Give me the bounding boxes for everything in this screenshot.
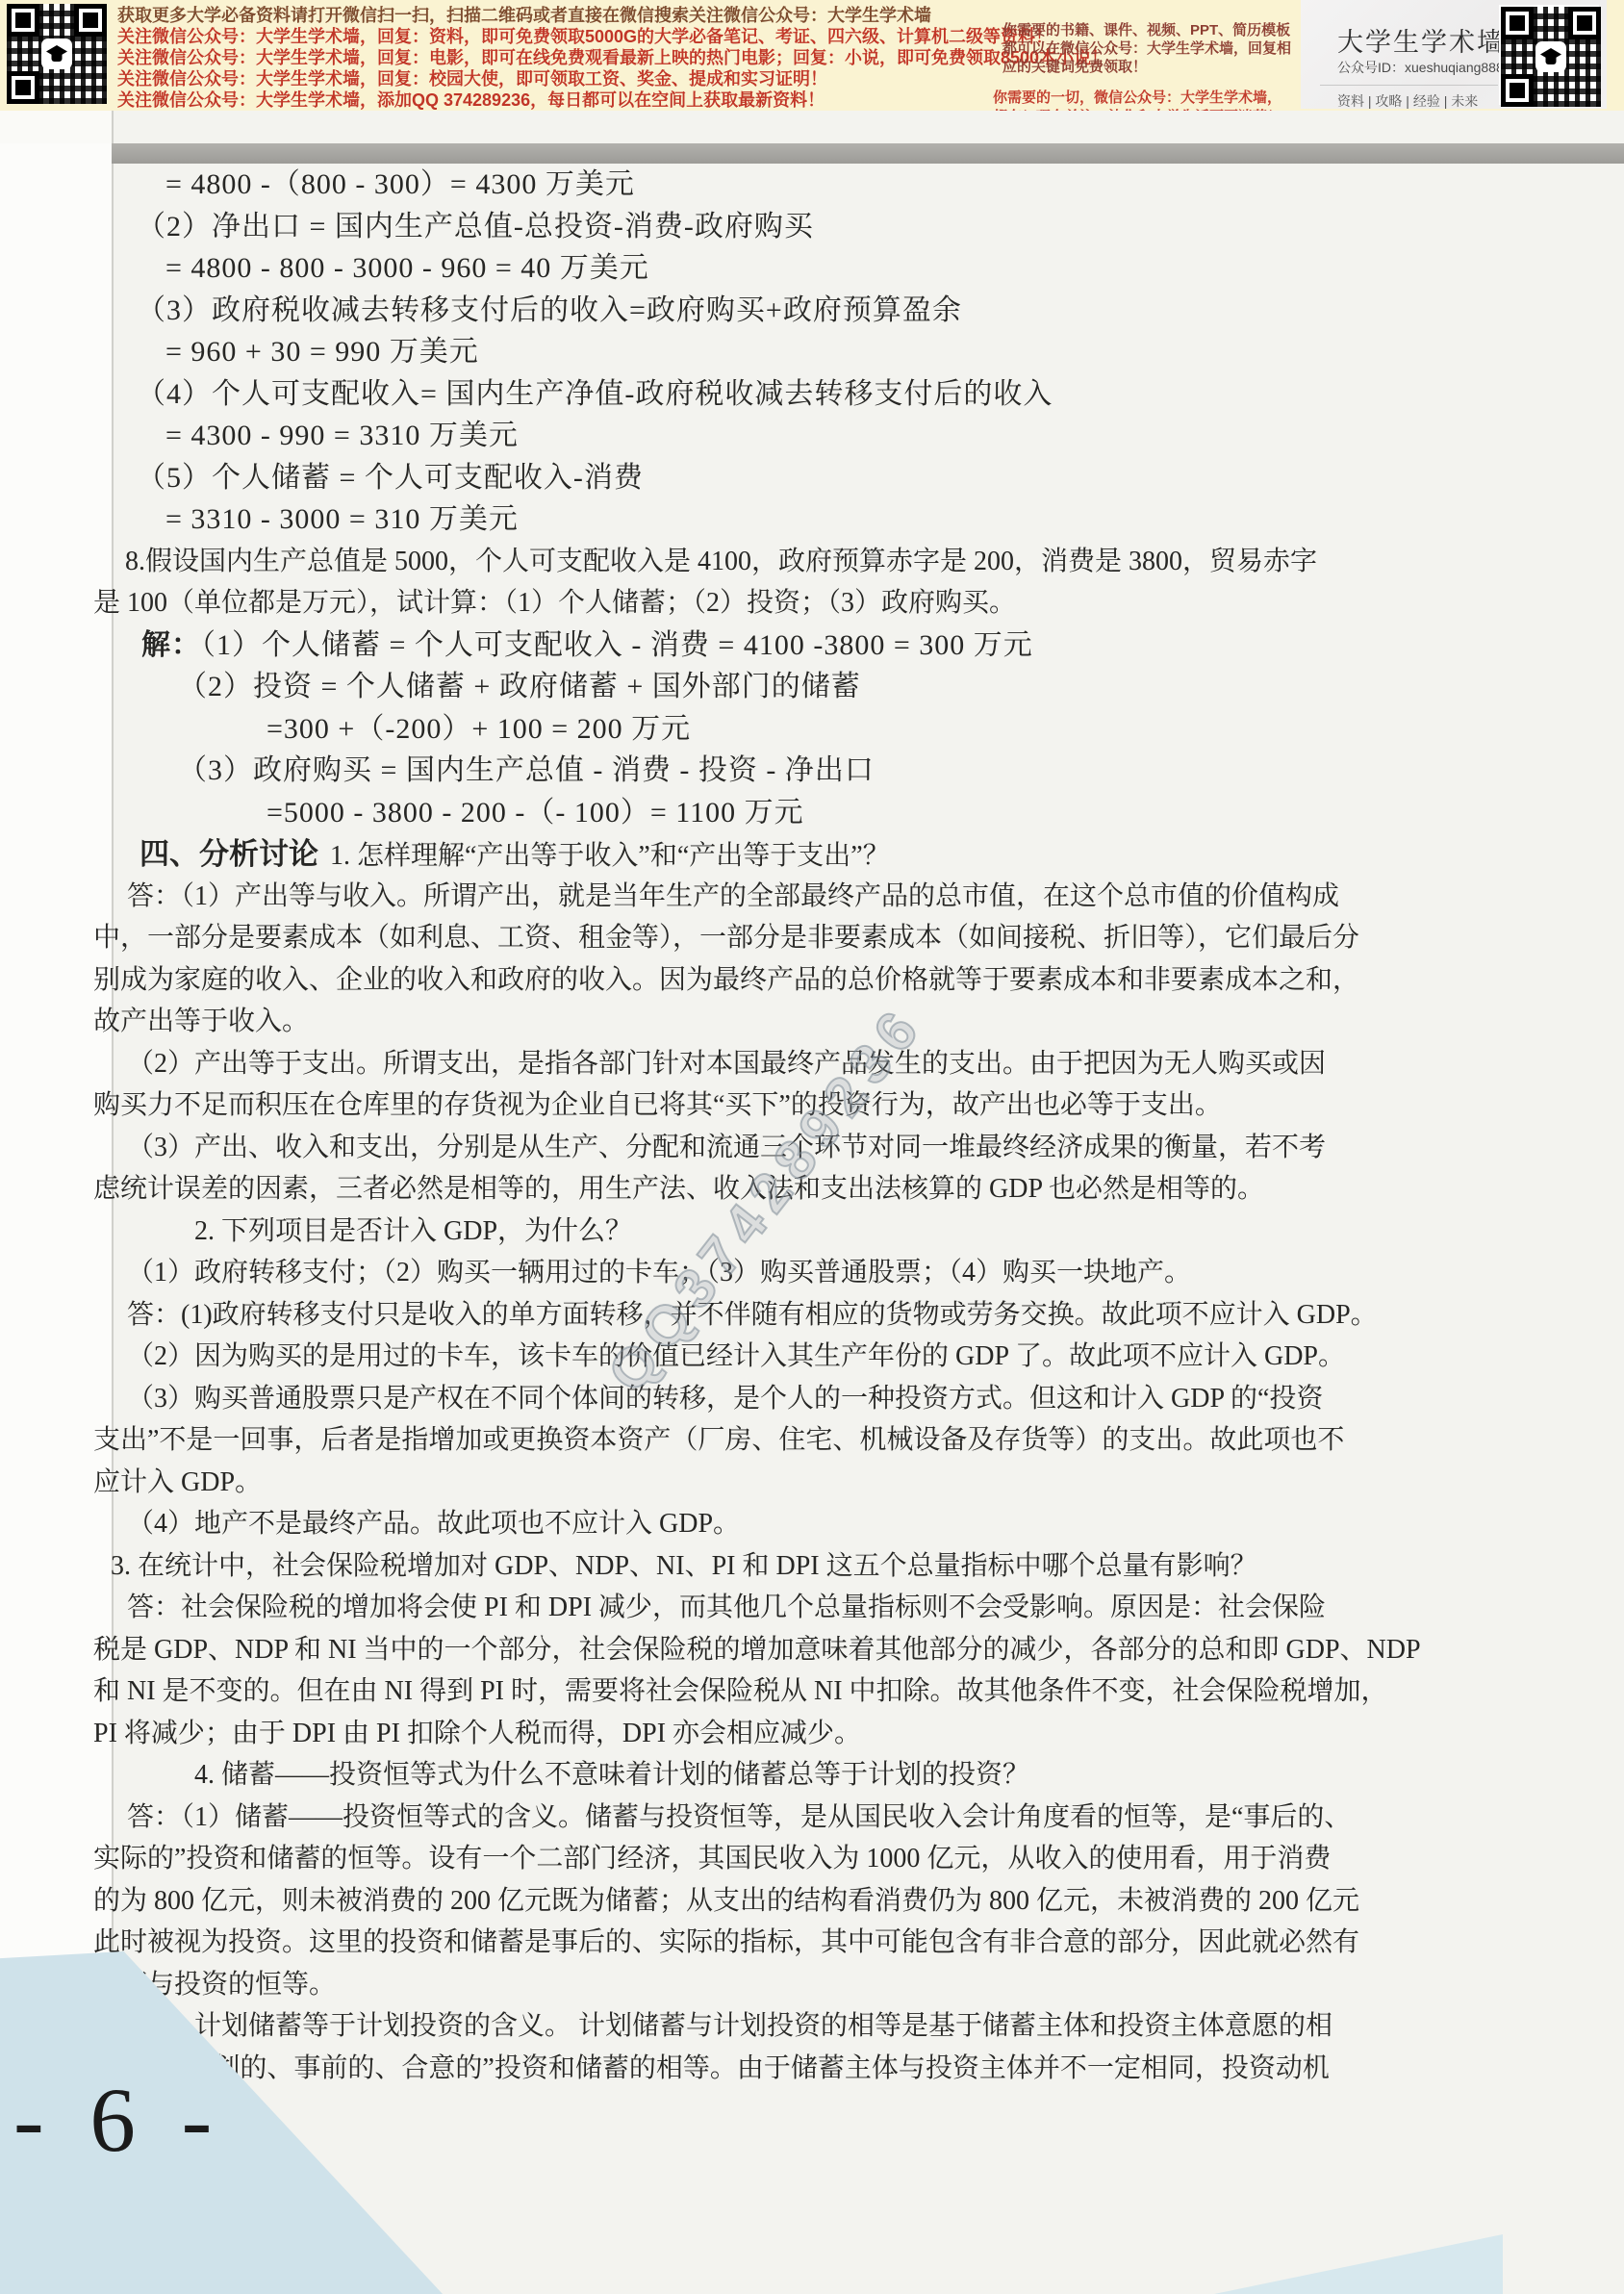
cap-base-icon <box>1546 57 1557 64</box>
qr-pattern <box>1501 7 1601 107</box>
doc-line: 储蓄与投资的恒等。 <box>93 1964 1602 2006</box>
doc-line: 中，一部分是要素成本（如利息、工资、租金等），一部分是非要素成本（如间接税、折旧… <box>93 917 1602 959</box>
cap-base-icon <box>52 54 63 62</box>
section-title: 四、分析讨论 <box>140 837 318 871</box>
banner-line: 关注微信公众号：大学生学术墙，回复：电影，即可在线免费观看最新上映的热门电影；回… <box>117 47 1108 68</box>
wechat-qr-code-right <box>1499 5 1599 105</box>
doc-line: 应计入 GDP。 <box>93 1462 1602 1504</box>
wechat-qr-code-left <box>7 4 107 104</box>
banner-line: 关注微信公众号：大学生学术墙，回复：校园大使，即可领取工资、奖金、提成和实习证明… <box>117 68 1108 89</box>
doc-line: = 4800 - 800 - 3000 - 960 = 40 万美元 <box>93 247 1602 290</box>
doc-line: （2）净出口 = 国内生产总值-总投资-消费-政府购买 <box>93 206 1602 248</box>
doc-line: 解：（1）个人储蓄 = 个人可支配收入 - 消费 = 4100 -3800 = … <box>93 624 1602 667</box>
doc-line: 答：（1）储蓄——投资恒等式的含义。储蓄与投资恒等，是从国民收入会计角度看的恒等… <box>93 1797 1602 1839</box>
doc-line: =5000 - 3800 - 200 -（- 100）= 1100 万元 <box>93 792 1602 834</box>
doc-line: 2. 下列项目是否计入 GDP，为什么？ <box>93 1211 1602 1253</box>
doc-line: 实际的”投资和储蓄的恒等。设有一个二部门经济，其国民收入为 1000 亿元，从收… <box>93 1838 1602 1880</box>
graduation-cap-icon <box>41 38 72 69</box>
doc-line: 等，是“计划的、事前的、合意的”投资和储蓄的相等。由于储蓄主体与投资主体并不一定… <box>93 2048 1602 2090</box>
doc-line: 虑统计误差的因素，三者必然是相等的，用生产法、收入法和支出法核算的 GDP 也必… <box>93 1168 1602 1211</box>
doc-line: = 4800 -（800 - 300）= 4300 万美元 <box>93 164 1602 206</box>
doc-line: 和 NI 是不变的。但在由 NI 得到 PI 时，需要将社会保险税从 NI 中扣… <box>93 1670 1602 1713</box>
public-account-card: 大学生学术墙 公众号ID：xueshuqiang8888 资料 | 攻略 | 经… <box>1301 0 1607 109</box>
doc-section-heading: 四、分析讨论1. 怎样理解“产出等于收入”和“产出等于支出”？ <box>93 833 1602 876</box>
doc-line: （5）个人储蓄 = 个人可支配收入-消费 <box>93 457 1602 499</box>
banner-line: 关注微信公众号：大学生学术墙，回复：资料，即可免费领取5000G的大学必备笔记、… <box>117 26 1108 47</box>
account-title: 大学生学术墙 <box>1337 21 1505 59</box>
doc-line: 8.假设国内生产总值是 5000，个人可支配收入是 4100，政府预算赤字是 2… <box>93 541 1602 583</box>
doc-line: 税是 GDP、NDP 和 NI 当中的一个部分，社会保险税的增加意味着其他部分的… <box>93 1629 1602 1671</box>
qr-finder-icon <box>1501 74 1534 107</box>
promo-note: 你需要的书籍、课件、视频、PPT、简历模板都可以在微信公众号：大学生学术墙，回复… <box>1002 21 1296 76</box>
doc-line: （3）购买普通股票只是产权在不同个体间的转移，是个人的一种投资方式。但这和计入 … <box>93 1378 1602 1420</box>
doc-line: 的为 800 亿元，则未被消费的 200 亿元既为储蓄；从支出的结构看消费仍为 … <box>93 1880 1602 1923</box>
qr-finder-icon <box>1568 7 1601 39</box>
doc-line: 支出”不是一回事，后者是指增加或更换资本资产（厂房、住宅、机械设备及存货等）的支… <box>93 1419 1602 1462</box>
doc-line: （2）因为购买的是用过的卡车，该卡车的价值已经计入其生产年份的 GDP 了。故此… <box>93 1336 1602 1378</box>
scan-edge-strip <box>112 143 1624 164</box>
doc-line: 答：社会保险税的增加将会使 PI 和 DPI 减少，而其他几个总量指标则不会受影… <box>93 1587 1602 1629</box>
doc-line: 答：(1)政府转移支付只是收入的单方面转移，并不伴随有相应的货物或劳务交换。故此… <box>93 1294 1602 1337</box>
doc-line-text: （1）个人储蓄 = 个人可支配收入 - 消费 = 4100 -3800 = 30… <box>201 629 1033 661</box>
doc-line: （4）个人可支配收入= 国内生产净值-政府税收减去转移支付后的收入 <box>93 373 1602 416</box>
qr-finder-icon <box>74 4 107 37</box>
doc-line: 故产出等于收入。 <box>93 1001 1602 1043</box>
graduation-cap-icon <box>1535 41 1566 72</box>
doc-line: 此时被视为投资。这里的投资和储蓄是事后的、实际的指标，其中可能包含有非合意的部分… <box>93 1922 1602 1964</box>
divider <box>1320 85 1498 86</box>
account-tags: 资料 | 攻略 | 经验 | 未来 <box>1337 91 1478 109</box>
qr-finder-icon <box>7 71 39 104</box>
banner-text-block: 获取更多大学必备资料请打开微信扫一扫，扫描二维码或者直接在微信搜索关注微信公众号… <box>117 5 1108 111</box>
doc-line: PI 将减少；由于 DPI 由 PI 扣除个人税而得，DPI 亦会相应减少。 <box>93 1713 1602 1755</box>
banner-line: 获取更多大学必备资料请打开微信扫一扫，扫描二维码或者直接在微信搜索关注微信公众号… <box>117 5 1108 26</box>
doc-line: =300 +（-200）+ 100 = 200 万元 <box>93 708 1602 751</box>
doc-line: = 4300 - 990 = 3310 万美元 <box>93 415 1602 457</box>
promo-banner: 获取更多大学必备资料请打开微信扫一扫，扫描二维码或者直接在微信搜索关注微信公众号… <box>0 0 1624 111</box>
doc-line: 4. 储蓄——投资恒等式为什么不意味着计划的储蓄总等于计划的投资？ <box>93 1754 1602 1797</box>
doc-line: （2）投资 = 个人储蓄 + 政府储蓄 + 国外部门的储蓄 <box>93 666 1602 708</box>
doc-line: （1）政府转移支付；（2）购买一辆用过的卡车；（3）购买普通股票；（4）购买一块… <box>93 1252 1602 1294</box>
banner-line: 关注微信公众号：大学生学术墙，添加QQ 374289236，每日都可以在空间上获… <box>117 89 1108 111</box>
doc-line: 答：（1）产出等与收入。所谓产出，就是当年生产的全部最终产品的总市值，在这个总市… <box>93 876 1602 918</box>
doc-line: = 3310 - 3000 = 310 万美元 <box>93 498 1602 541</box>
doc-line: （3）政府税收减去转移支付后的收入=政府购买+政府预算盈余 <box>93 290 1602 332</box>
page-number: - 6 - <box>13 2067 223 2173</box>
doc-line: 3. 在统计中，社会保险税增加对 GDP、NDP、NI、PI 和 DPI 这五个… <box>93 1545 1602 1588</box>
doc-line: （2）计划储蓄等于计划投资的含义。 计划储蓄与计划投资的相等是基于储蓄主体和投资… <box>93 2005 1602 2048</box>
solution-label: 解： <box>141 629 201 661</box>
qr-finder-icon <box>7 4 39 37</box>
qr-finder-icon <box>1501 7 1534 39</box>
section-question: 1. 怎样理解“产出等于收入”和“产出等于支出”？ <box>330 841 890 871</box>
doc-line: 别成为家庭的收入、企业的收入和政府的收入。因为最终产品的总价格就等于要素成本和非… <box>93 959 1602 1002</box>
doc-line: = 960 + 30 = 990 万美元 <box>93 331 1602 373</box>
account-id: 公众号ID：xueshuqiang8888 <box>1337 58 1511 77</box>
doc-line: （4）地产不是最终产品。故此项也不应计入 GDP。 <box>93 1503 1602 1545</box>
doc-line: （3）政府购买 = 国内生产总值 - 消费 - 投资 - 净出口 <box>93 750 1602 792</box>
doc-line: 是 100（单位都是万元），试计算：（1）个人储蓄；（2）投资；（3）政府购买。 <box>93 582 1602 624</box>
